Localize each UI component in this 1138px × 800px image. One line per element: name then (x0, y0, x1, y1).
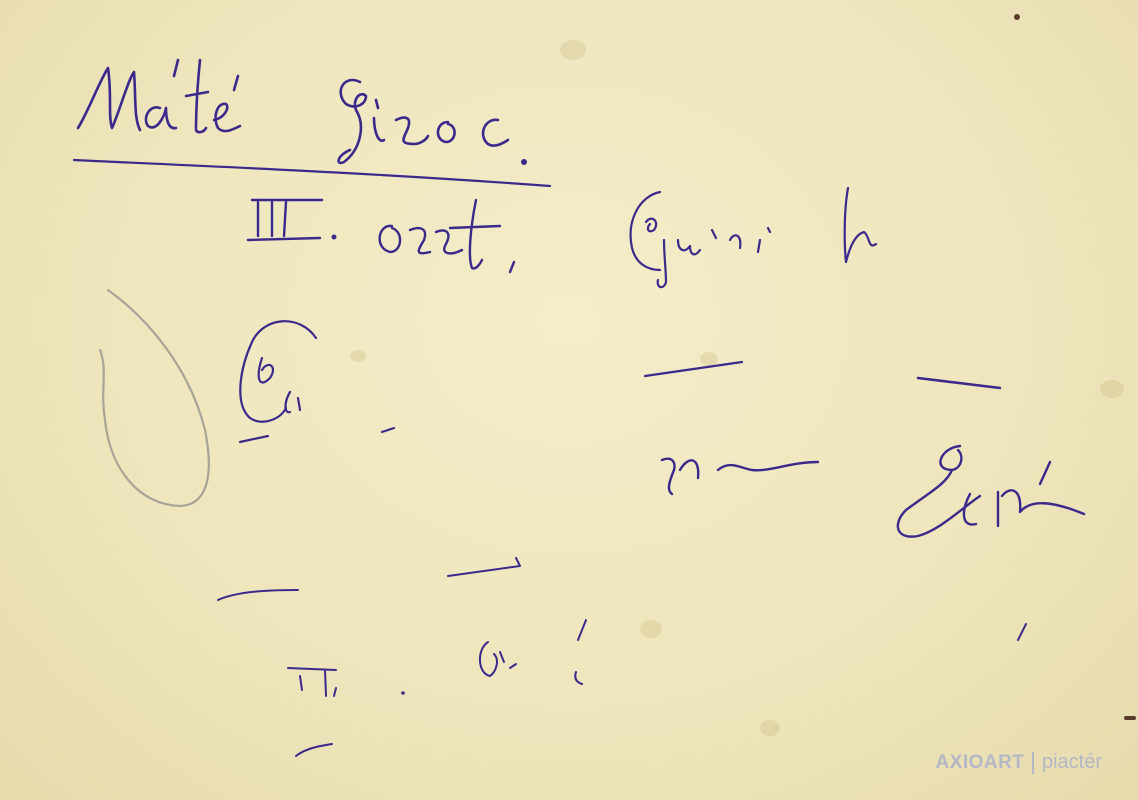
watermark: AXIOART piactér (935, 751, 1102, 774)
fragment-ian: Ián (900, 450, 998, 520)
watermark-sub: piactér (1042, 751, 1102, 774)
student-name: Máté Gézoc. (78, 62, 470, 135)
fragment-e: E.. (238, 330, 320, 400)
watermark-brand: AXIOART (935, 752, 1024, 774)
class-label: III. oszt. Gyermek (250, 196, 722, 256)
watermark-separator (1032, 752, 1034, 774)
fragment-n: n~ (660, 448, 719, 494)
fragment-bottom: T, : E!~! (288, 640, 455, 686)
